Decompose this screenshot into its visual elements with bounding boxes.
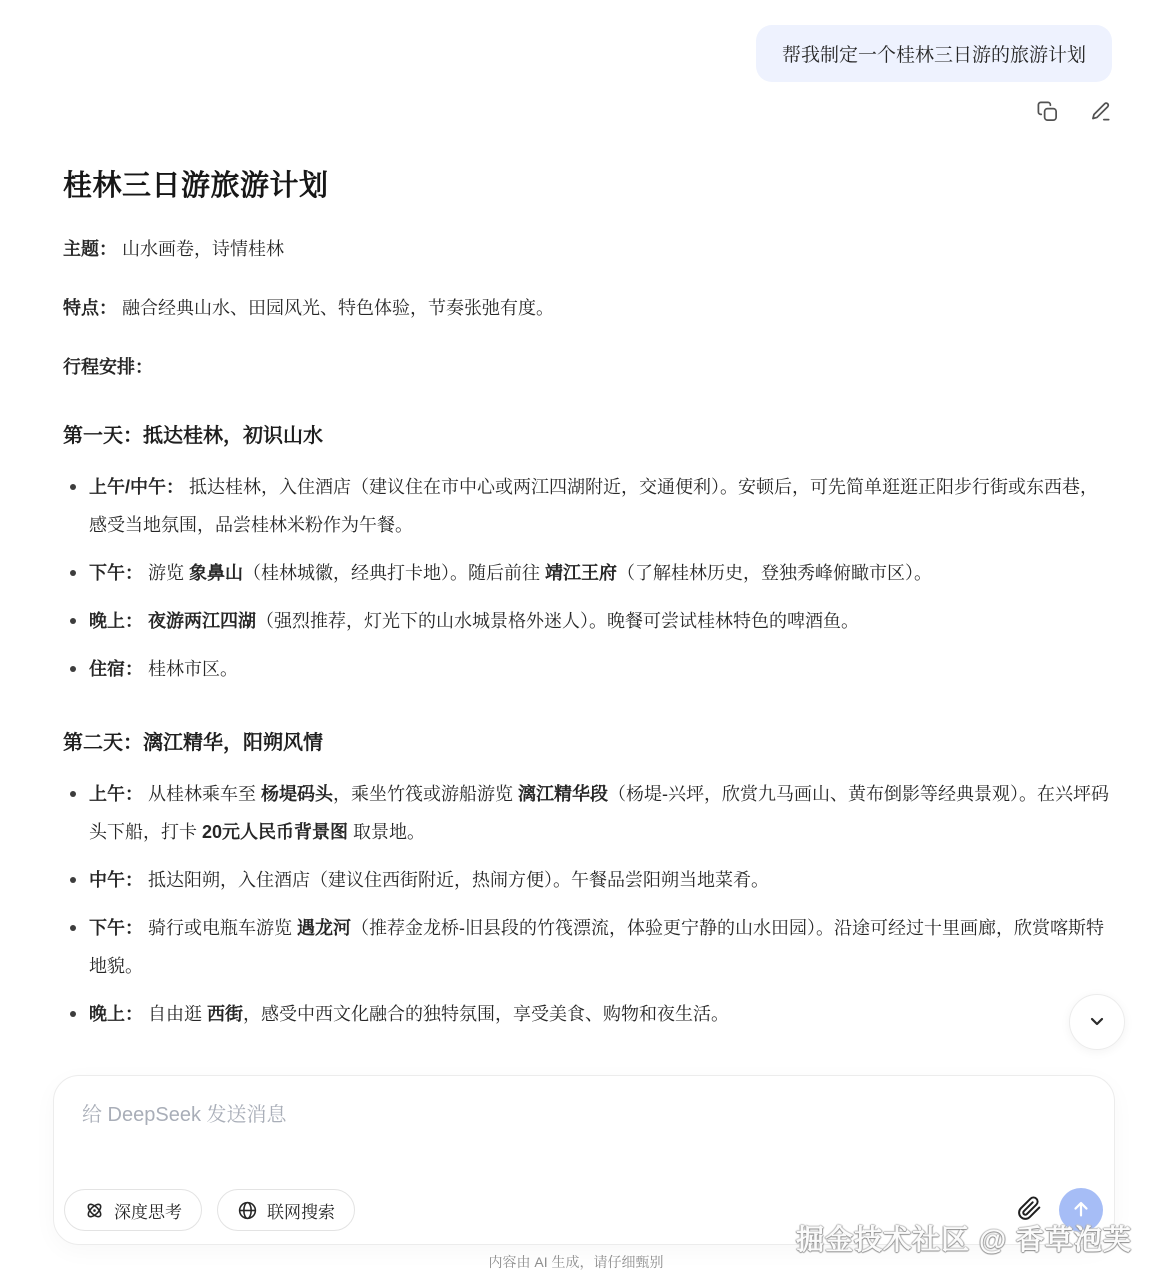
list-item: 下午： 骑行或电瓶车游览 遇龙河（推荐金龙桥-旧县段的竹筏漂流，体验更宁静的山水… (63, 909, 1112, 985)
list-item: 中午： 抵达阳朔，入住酒店（建议住西街附近，热闹方便）。午餐品尝阳朔当地菜肴。 (63, 861, 1112, 899)
list-item: 晚上： 自由逛 西街，感受中西文化融合的独特氛围，享受美食、购物和夜生活。 (63, 995, 1112, 1033)
day2-heading: 第二天：漓江精华，阳朔风情 (63, 726, 1112, 755)
list-item: 上午/中午： 抵达桂林，入住酒店（建议住在市中心或两江四湖附近，交通便利）。安顿… (63, 468, 1112, 544)
user-message-row: 帮我制定一个桂林三日游的旅游计划 (63, 0, 1112, 82)
globe-icon (237, 1200, 258, 1221)
day2-list: 上午： 从桂林乘车至 杨堤码头，乘坐竹筏或游船游览 漓江精华段（杨堤-兴坪，欣赏… (63, 775, 1112, 1033)
watermark: 掘金技术社区 @ 香草泡芙 (796, 1218, 1132, 1258)
atom-icon (84, 1200, 105, 1221)
answer-title: 桂林三日游旅游计划 (63, 163, 1112, 204)
scroll-to-bottom-button[interactable] (1069, 994, 1125, 1050)
user-message-bubble: 帮我制定一个桂林三日游的旅游计划 (756, 25, 1112, 82)
theme-paragraph: 主题： 山水画卷，诗情桂林 (63, 236, 1112, 263)
assistant-answer: 桂林三日游旅游计划 主题： 山水画卷，诗情桂林 特点： 融合经典山水、田园风光、… (63, 163, 1112, 1033)
chat-thread: 帮我制定一个桂林三日游的旅游计划 桂林三日游旅游计划 主题： 山水画卷，诗情桂林… (63, 0, 1112, 1033)
list-item: 晚上： 夜游两江四湖（强烈推荐，灯光下的山水城景格外迷人）。晚餐可尝试桂林特色的… (63, 602, 1112, 640)
user-message-text: 帮我制定一个桂林三日游的旅游计划 (782, 45, 1086, 66)
deep-think-label: 深度思考 (114, 1198, 182, 1223)
web-search-label: 联网搜索 (267, 1198, 335, 1223)
list-item: 下午： 游览 象鼻山（桂林城徽，经典打卡地）。随后前往 靖江王府（了解桂林历史，… (63, 554, 1112, 592)
deep-think-button[interactable]: 深度思考 (64, 1189, 202, 1231)
copy-button[interactable] (1036, 100, 1059, 123)
list-item: 上午： 从桂林乘车至 杨堤码头，乘坐竹筏或游船游览 漓江精华段（杨堤-兴坪，欣赏… (63, 775, 1112, 851)
itinerary-label: 行程安排： (63, 354, 1112, 381)
web-search-button[interactable]: 联网搜索 (217, 1189, 355, 1231)
user-message-actions (63, 100, 1112, 123)
day1-list: 上午/中午： 抵达桂林，入住酒店（建议住在市中心或两江四湖附近，交通便利）。安顿… (63, 468, 1112, 688)
chevron-down-icon (1085, 1009, 1109, 1036)
message-input[interactable] (82, 1098, 1086, 1160)
copy-icon (1036, 100, 1059, 123)
day1-heading: 第一天：抵达桂林，初识山水 (63, 419, 1112, 448)
pencil-icon (1089, 100, 1112, 123)
features-paragraph: 特点： 融合经典山水、田园风光、特色体验，节奏张弛有度。 (63, 295, 1112, 322)
edit-button[interactable] (1089, 100, 1112, 123)
list-item: 住宿： 桂林市区。 (63, 650, 1112, 688)
